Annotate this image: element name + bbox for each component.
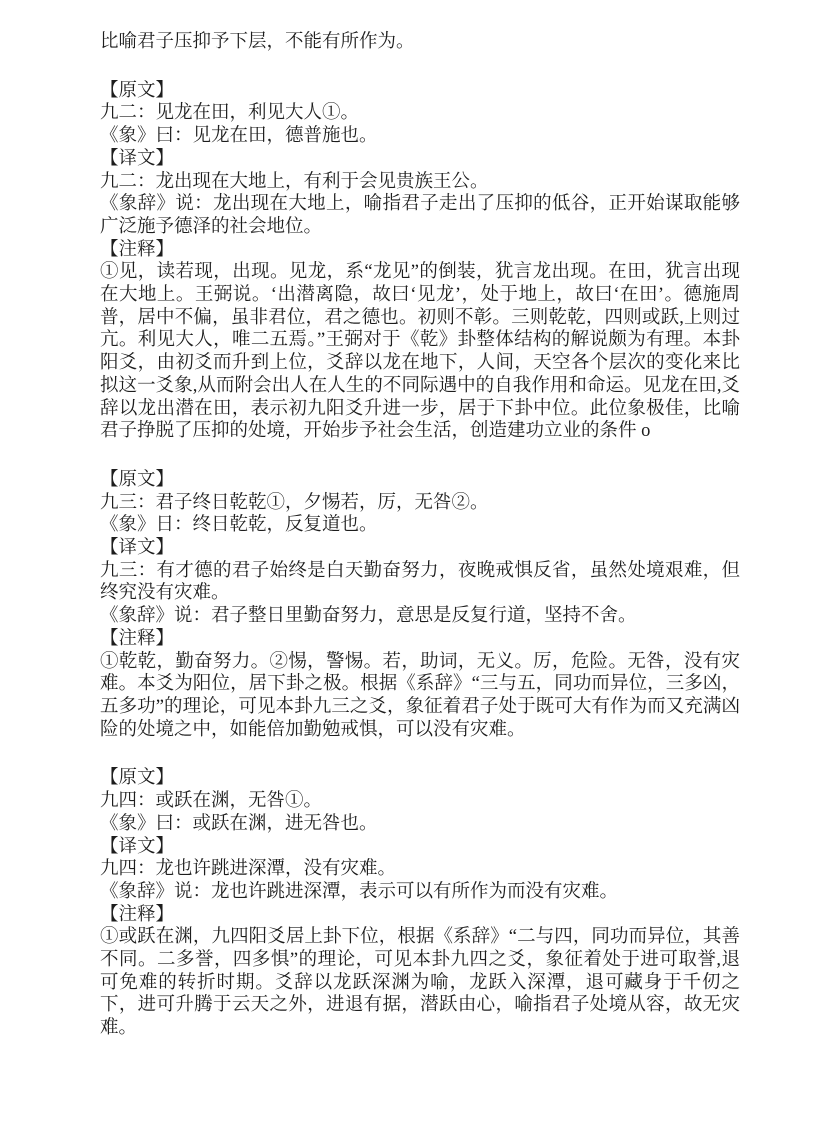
original-label: 【原文】 — [100, 469, 740, 492]
original-line: 九三：君子终日乾乾①，夕惕若，厉，无咎②。 — [100, 492, 740, 515]
original-line: 九四：或跃在渊，无咎①。 — [100, 790, 740, 813]
translation-label: 【译文】 — [100, 148, 740, 171]
notes-label: 【注释】 — [100, 628, 740, 651]
original-label: 【原文】 — [100, 80, 740, 103]
translation-label: 【译文】 — [100, 537, 740, 560]
translation-label: 【译文】 — [100, 836, 740, 859]
original-line: 《象》曰：见龙在田，德普施也。 — [100, 125, 740, 148]
original-line: 《象》曰：或跃在渊，进无咎也。 — [100, 813, 740, 836]
intro-paragraph: 比喻君子压抑予下层，不能有所作为。 — [100, 31, 740, 54]
original-line: 九二：见龙在田，利见大人①。 — [100, 102, 740, 125]
document-page: 比喻君子压抑予下层，不能有所作为。 【原文】 九二：见龙在田，利见大人①。 《象… — [0, 0, 840, 1134]
notes-paragraph: ①乾乾，勤奋努力。②惕，警惕。若，助词，无义。厉，危险。无咎，没有灾难。本爻为阳… — [100, 651, 740, 742]
translation-line: 《象辞》说：龙也许跳进深潭，表示可以有所作为而没有灾难。 — [100, 881, 740, 904]
section-jiu-si: 【原文】 九四：或跃在渊，无咎①。 《象》曰：或跃在渊，进无咎也。 【译文】 九… — [100, 767, 740, 1039]
section-jiu-san: 【原文】 九三：君子终日乾乾①，夕惕若，厉，无咎②。 《象》日：终日乾乾，反复道… — [100, 469, 740, 741]
notes-label: 【注释】 — [100, 239, 740, 262]
translation-line: 九四：龙也许跳进深潭，没有灾难。 — [100, 858, 740, 881]
translation-line: 九三：有才德的君子始终是白天勤奋努力，夜晚戒惧反省，虽然处境艰难，但终究没有灾难… — [100, 560, 740, 605]
notes-label: 【注释】 — [100, 904, 740, 927]
original-label: 【原文】 — [100, 767, 740, 790]
translation-line: 《象辞》说：君子整日里勤奋努力，意思是反复行道，坚持不舍。 — [100, 605, 740, 628]
notes-paragraph: ①或跃在渊，九四阳爻居上卦下位，根据《系辞》“二与四，同功而异位，其善不同。二多… — [100, 926, 740, 1040]
notes-paragraph: ①见，读若现，出现。见龙，系“龙见”的倒装，犹言龙出现。在田，犹言出现在大地上。… — [100, 261, 740, 443]
translation-line: 《象辞》说：龙出现在大地上，喻指君子走出了压抑的低谷，正开始谋取能够广泛施予德泽… — [100, 193, 740, 238]
section-jiu-er: 【原文】 九二：见龙在田，利见大人①。 《象》曰：见龙在田，德普施也。 【译文】… — [100, 80, 740, 443]
original-line: 《象》日：终日乾乾，反复道也。 — [100, 514, 740, 537]
translation-line: 九二：龙出现在大地上，有利于会见贵族王公。 — [100, 171, 740, 194]
